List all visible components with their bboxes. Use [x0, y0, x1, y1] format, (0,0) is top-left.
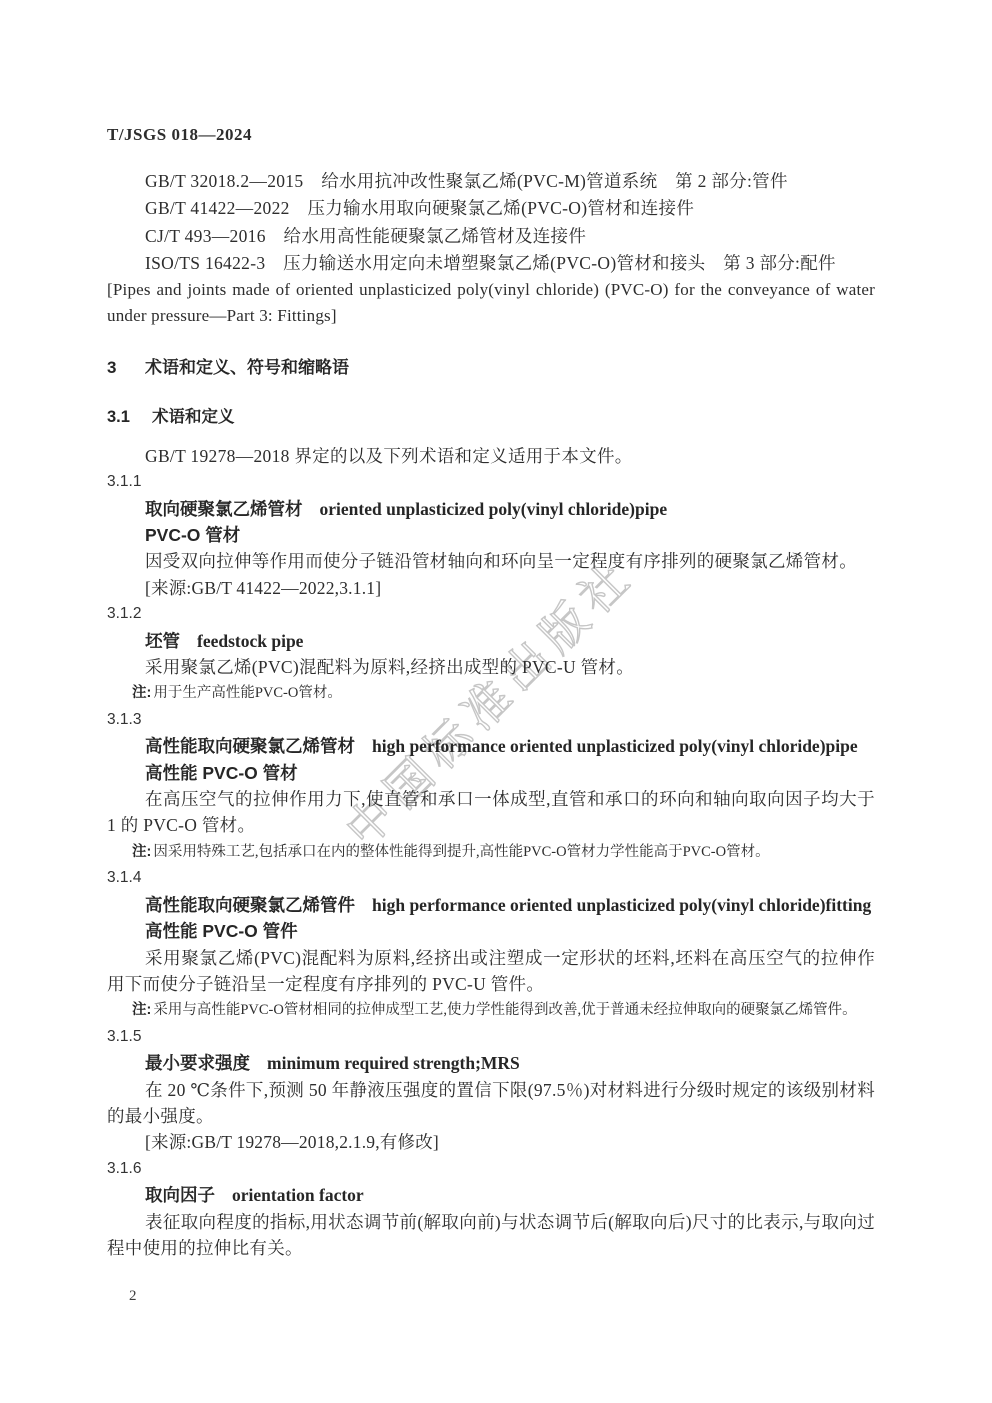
term-name-en: oriented unplasticized poly(vinyl chlori… — [320, 499, 668, 519]
normative-references: GB/T 32018.2—2015 给水用抗冲改性聚氯乙烯(PVC-M)管道系统… — [107, 168, 875, 330]
document-page: 中国标准出版社 T/JSGS 018—2024 GB/T 32018.2—201… — [0, 0, 992, 1403]
term-definition: 在 20 ℃条件下,预测 50 年静液压强度的置信下限(97.5％)对材料进行分… — [107, 1077, 875, 1130]
term-name: 取向因子orientation factor — [145, 1182, 875, 1208]
term-alias: 高性能 PVC-O 管件 — [145, 918, 875, 944]
term-definition: 在高压空气的拉伸作用力下,使直管和承口一体成型,直管和承口的环向和轴向取向因子均… — [107, 786, 875, 839]
reference-line: ISO/TS 16422-3 压力输送水用定向未增塑聚氯乙烯(PVC-O)管材和… — [107, 250, 875, 277]
terms-list: 3.1.1 取向硬聚氯乙烯管材oriented unplasticized po… — [107, 469, 875, 1261]
term-entry-3-1-2: 3.1.2 坯管feedstock pipe 采用聚氯乙烯(PVC)混配料为原料… — [107, 601, 875, 707]
standard-number: T/JSGS 018—2024 — [107, 123, 875, 147]
term-number: 3.1.6 — [107, 1156, 875, 1182]
term-definition: 表征取向程度的指标,用状态调节前(解取向前)与状态调节后(解取向后)尺寸的比表示… — [107, 1209, 875, 1262]
term-entry-3-1-6: 3.1.6 取向因子orientation factor 表征取向程度的指标,用… — [107, 1156, 875, 1262]
term-alias-zh: PVC-O 管材 — [145, 525, 240, 545]
note-label: 注: — [132, 1002, 151, 1018]
note-text: 用于生产高性能PVC-O管材。 — [153, 685, 342, 701]
term-source: [来源:GB/T 19278—2018,2.1.9,有修改] — [145, 1129, 875, 1155]
section-number: 3 — [107, 355, 145, 381]
note-label: 注: — [132, 844, 151, 860]
subsection-heading: 3.1术语和定义 — [107, 404, 875, 430]
note-text: 采用与高性能PVC-O管材相同的拉伸成型工艺,使力学性能得到改善,优于普通未经拉… — [153, 1002, 856, 1018]
term-definition: 因受双向拉伸等作用而使分子链沿管材轴向和环向呈一定程度有序排列的硬聚氯乙烯管材。 — [107, 548, 875, 574]
section-heading: 3术语和定义、符号和缩略语 — [107, 355, 875, 381]
term-number: 3.1.5 — [107, 1024, 875, 1050]
term-name-zh: 最小要求强度 — [145, 1053, 250, 1073]
term-name-en: minimum required strength;MRS — [267, 1053, 520, 1073]
term-note: 注:采用与高性能PVC-O管材相同的拉伸成型工艺,使力学性能得到改善,优于普通未… — [132, 997, 875, 1023]
intro-paragraph: GB/T 19278—2018 界定的以及下列术语和定义适用于本文件。 — [107, 443, 875, 469]
term-name: 高性能取向硬聚氯乙烯管件high performance oriented un… — [145, 892, 875, 918]
term-name: 取向硬聚氯乙烯管材oriented unplasticized poly(vin… — [145, 496, 875, 522]
term-number: 3.1.1 — [107, 469, 875, 495]
term-name-en: feedstock pipe — [197, 631, 303, 651]
term-note: 注:用于生产高性能PVC-O管材。 — [132, 680, 875, 706]
page-number: 2 — [129, 1288, 137, 1305]
term-entry-3-1-3: 3.1.3 高性能取向硬聚氯乙烯管材high performance orien… — [107, 707, 875, 865]
term-entry-3-1-1: 3.1.1 取向硬聚氯乙烯管材oriented unplasticized po… — [107, 469, 875, 601]
term-name-en: orientation factor — [232, 1185, 364, 1205]
term-note: 注:因采用特殊工艺,包括承口在内的整体性能得到提升,高性能PVC-O管材力学性能… — [132, 839, 875, 865]
reference-line: GB/T 41422—2022 压力输水用取向硬聚氯乙烯(PVC-O)管材和连接… — [107, 195, 875, 222]
page-content: T/JSGS 018—2024 GB/T 32018.2—2015 给水用抗冲改… — [107, 123, 875, 1261]
term-entry-3-1-5: 3.1.5 最小要求强度minimum required strength;MR… — [107, 1024, 875, 1156]
term-name-zh: 高性能取向硬聚氯乙烯管件 — [145, 895, 355, 915]
term-name-zh: 取向硬聚氯乙烯管材 — [145, 499, 303, 519]
term-definition: 采用聚氯乙烯(PVC)混配料为原料,经挤出或注塑成一定形状的坯料,坯料在高压空气… — [107, 945, 875, 998]
term-source: [来源:GB/T 41422—2022,3.1.1] — [145, 575, 875, 601]
term-name-en: high performance oriented unplasticized … — [372, 736, 858, 756]
reference-line: CJ/T 493—2016 给水用高性能硬聚氯乙烯管材及连接件 — [107, 223, 875, 250]
term-name-zh: 取向因子 — [145, 1185, 215, 1205]
note-text: 因采用特殊工艺,包括承口在内的整体性能得到提升,高性能PVC-O管材力学性能高于… — [153, 844, 769, 860]
term-definition: 采用聚氯乙烯(PVC)混配料为原料,经挤出成型的 PVC-U 管材。 — [107, 654, 875, 680]
reference-translation: [Pipes and joints made of oriented unpla… — [107, 277, 875, 330]
note-label: 注: — [132, 685, 151, 701]
subsection-number: 3.1 — [107, 404, 152, 430]
term-number: 3.1.4 — [107, 865, 875, 891]
term-name-zh: 坯管 — [145, 631, 180, 651]
term-number: 3.1.2 — [107, 601, 875, 627]
term-name: 坯管feedstock pipe — [145, 628, 875, 654]
term-entry-3-1-4: 3.1.4 高性能取向硬聚氯乙烯管件high performance orien… — [107, 865, 875, 1023]
term-name-en: high performance oriented unplasticized … — [372, 895, 871, 915]
term-alias: 高性能 PVC-O 管材 — [145, 760, 875, 786]
term-name: 高性能取向硬聚氯乙烯管材high performance oriented un… — [145, 733, 875, 759]
term-name-zh: 高性能取向硬聚氯乙烯管材 — [145, 736, 355, 756]
reference-line: GB/T 32018.2—2015 给水用抗冲改性聚氯乙烯(PVC-M)管道系统… — [107, 168, 875, 195]
term-alias-zh: 高性能 PVC-O 管件 — [145, 921, 298, 941]
section-title: 术语和定义、符号和缩略语 — [145, 358, 349, 377]
subsection-title: 术语和定义 — [152, 408, 235, 426]
term-name: 最小要求强度minimum required strength;MRS — [145, 1050, 875, 1076]
term-alias: PVC-O 管材 — [145, 522, 875, 548]
term-number: 3.1.3 — [107, 707, 875, 733]
term-alias-zh: 高性能 PVC-O 管材 — [145, 763, 298, 783]
